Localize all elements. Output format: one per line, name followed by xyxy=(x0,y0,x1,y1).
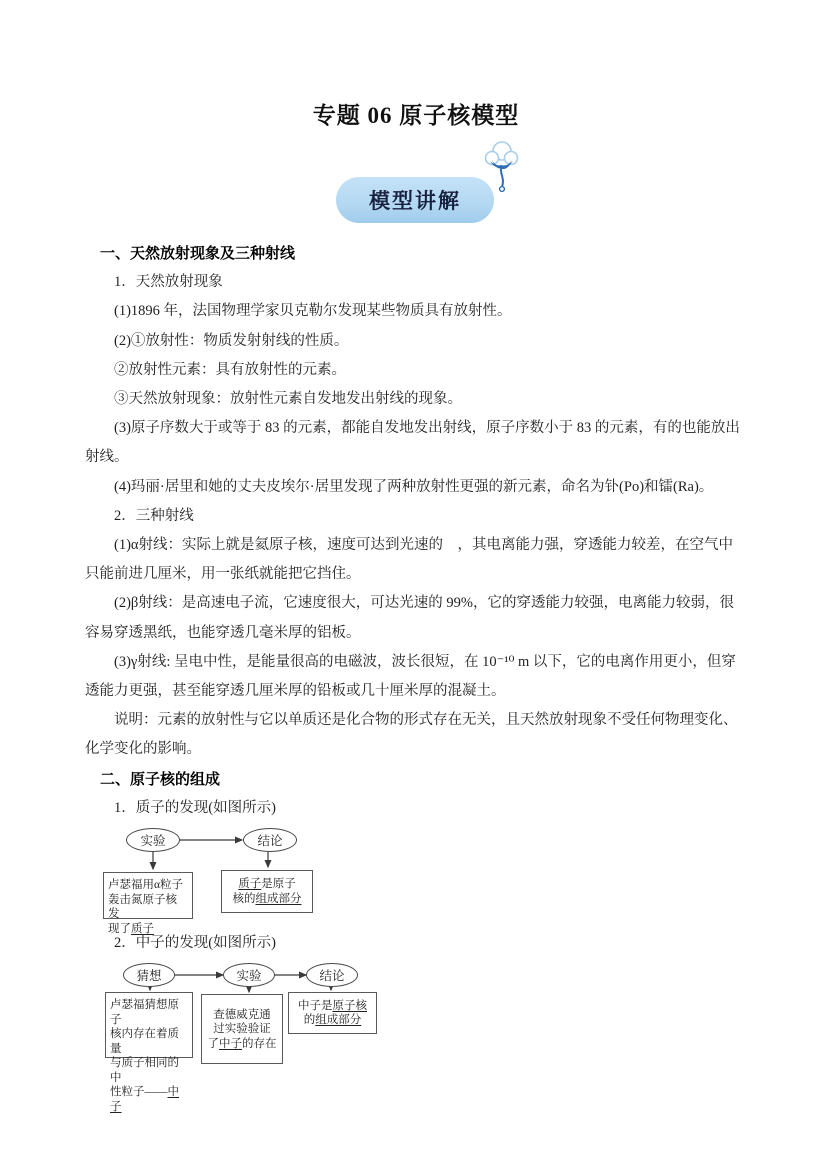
paragraph-2: (1)1896 年，法国物理学家贝克勒尔发现某些物质具有放射性。 xyxy=(85,297,747,326)
section-heading-1: 一、天然放射现象及三种射线 xyxy=(85,239,747,268)
document-body: 一、天然放射现象及三种射线 1．天然放射现象 (1)1896 年，法国物理学家贝… xyxy=(85,239,747,1074)
badge-pill: 模型讲解 xyxy=(336,177,494,223)
paragraph-11: (3)γ射线: 呈电中性，是能量很高的电磁波，波长很短，在 10⁻¹⁰ m 以下… xyxy=(85,648,747,706)
flowchart-node-experiment: 实验 xyxy=(126,828,180,852)
subheading-proton: 1．质子的发现(如图所示) xyxy=(85,794,747,823)
page-title: 专题 06 原子核模型 xyxy=(85,0,747,130)
paragraph-4: ②放射性元素：具有放射性的元素。 xyxy=(85,356,747,385)
paragraph-1: 1．天然放射现象 xyxy=(85,268,747,297)
badge-label: 模型讲解 xyxy=(369,185,461,215)
paragraph-8: 2．三种射线 xyxy=(85,502,747,531)
paragraph-9: (1)α射线：实际上就是氦原子核，速度可达到光速的 ，其电离能力强，穿透能力较差… xyxy=(85,531,747,589)
flowchart-node-conclusion: 结论 xyxy=(243,828,297,852)
paragraph-12: 说明：元素的放射性与它以单质还是化合物的形式存在无关，且天然放射现象不受任何物理… xyxy=(85,706,747,764)
flowchart-box-guess-detail: 卢瑟福猜想原子核内存在着质量与质子相同的中性粒子——中子 xyxy=(105,992,193,1058)
flowchart-box-experiment-detail: 卢瑟福用α粒子轰击氮原子核发现了质子 xyxy=(103,872,193,919)
flowchart-box-conclusion-detail: 中子是原子核的组成部分 xyxy=(288,992,377,1034)
paragraph-10: (2)β射线：是高速电子流，它速度很大，可达光速的 99%，它的穿透能力较强，电… xyxy=(85,589,747,647)
worksheet-page: 专题 06 原子核模型 模型讲解 一、天然放射现象及三种射线 1．天然放射现象 … xyxy=(0,0,827,1169)
proton-discovery-flowchart: 实验 结论 卢瑟福用α粒子轰击氮原子核发现了质子 质子是原子核的组成部分 xyxy=(103,823,433,929)
paragraph-5: ③天然放射现象：放射性元素自发地发出射线的现象。 xyxy=(85,385,747,414)
flowchart-box-conclusion-detail: 质子是原子核的组成部分 xyxy=(221,870,313,913)
paragraph-7: (4)玛丽·居里和她的丈夫皮埃尔·居里发现了两种放射性更强的新元素，命名为钋(P… xyxy=(85,473,747,502)
section-heading-2: 二、原子核的组成 xyxy=(85,765,747,794)
paragraph-3: (2)①放射性：物质发射射线的性质。 xyxy=(85,327,747,356)
model-explain-badge: 模型讲解 xyxy=(336,170,496,225)
neutron-discovery-flowchart: 猜想 实验 结论 卢瑟福猜想原子核内存在着质量与质子相同的中性粒子——中子 查德… xyxy=(103,958,403,1074)
flowchart-box-experiment-detail: 查德威克通过实验验证了中子的存在 xyxy=(201,994,283,1064)
paragraph-6: (3)原子序数大于或等于 83 的元素，都能自发地发出射线，原子序数小于 83 … xyxy=(85,414,747,472)
